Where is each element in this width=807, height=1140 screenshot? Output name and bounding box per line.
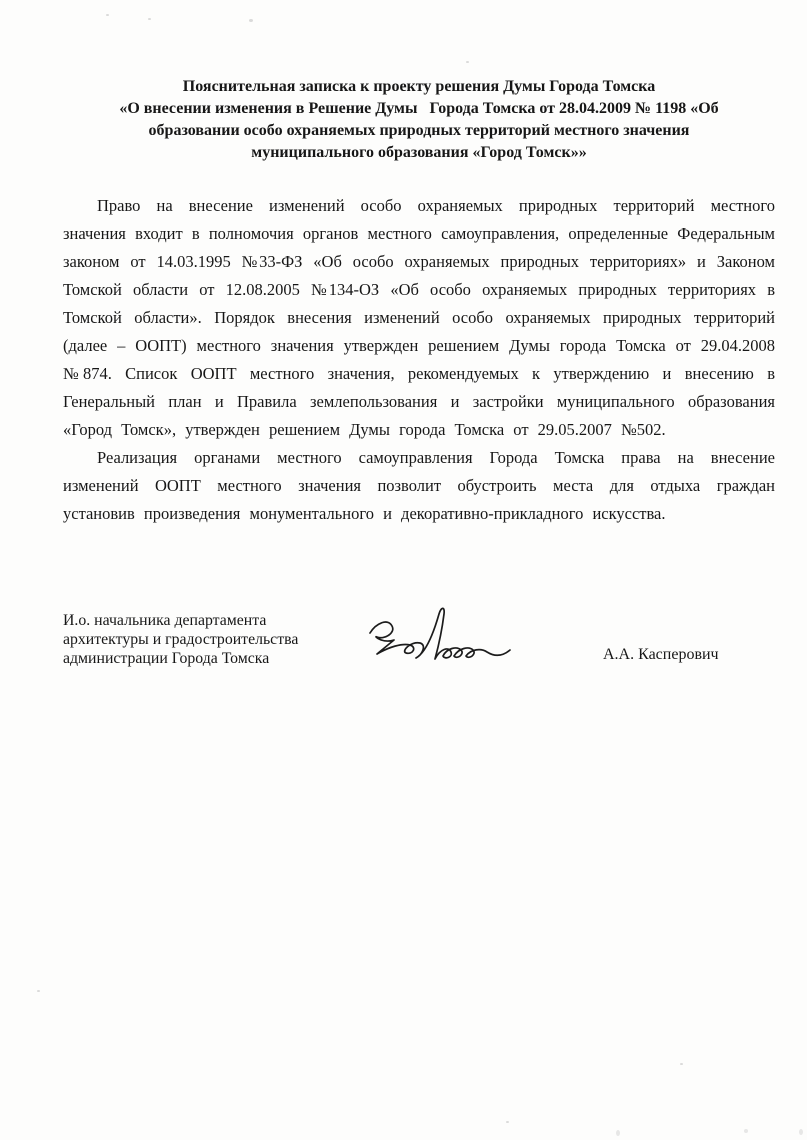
scan-speck: [744, 1129, 748, 1133]
scan-speck: [680, 1063, 683, 1065]
paragraph-realization: Реализация органами местного самоуправле…: [63, 444, 775, 528]
signoff-role-line-3: администрации Города Томска: [63, 649, 298, 668]
signoff-role-line-1: И.о. начальника департамента: [63, 611, 298, 630]
scan-speck: [148, 18, 151, 20]
scanned-document-page: Пояснительная записка к проекту решения …: [0, 0, 807, 1140]
title-line-1: Пояснительная записка к проекту решения …: [63, 76, 775, 98]
title-line-2: «О внесении изменения в Решение Думы Гор…: [63, 98, 775, 120]
signoff-role-line-2: архитектуры и градостроительства: [63, 630, 298, 649]
signoff-name: А.А. Касперович: [603, 645, 719, 665]
scan-speck: [249, 19, 253, 22]
handwritten-signature: [358, 603, 520, 679]
signature-stroke: [358, 603, 520, 679]
scan-speck: [506, 1121, 509, 1123]
scan-speck: [616, 1130, 620, 1136]
document-body: Право на внесение изменений особо охраня…: [63, 192, 775, 528]
scan-speck: [466, 61, 469, 63]
scan-speck: [106, 14, 109, 16]
scan-speck: [37, 990, 40, 992]
title-line-3: образовании особо охраняемых природных т…: [63, 120, 775, 142]
scan-speck: [799, 1129, 803, 1135]
title-line-4: муниципального образования «Город Томск»…: [63, 142, 775, 164]
document-title: Пояснительная записка к проекту решения …: [63, 76, 775, 164]
paragraph-legal-basis: Право на внесение изменений особо охраня…: [63, 192, 775, 444]
signoff-position: И.о. начальника департамента архитектуры…: [63, 611, 298, 668]
